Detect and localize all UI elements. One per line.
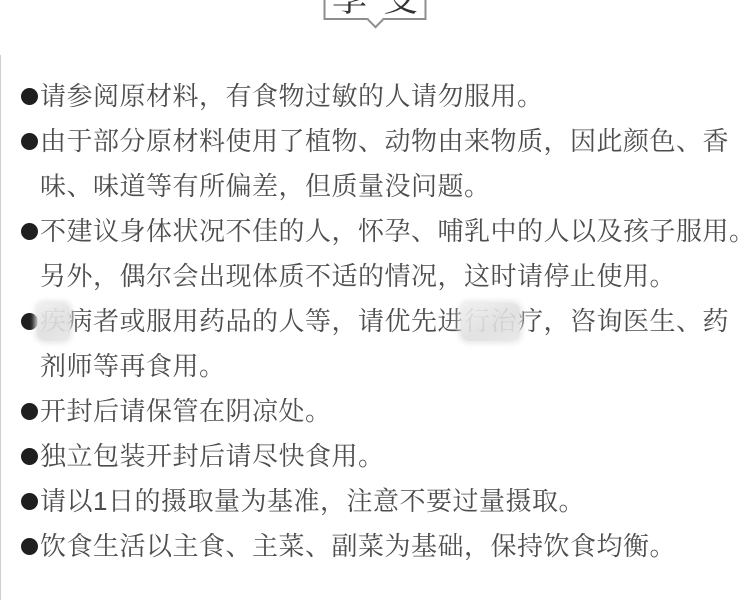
note-text: 味、味道等有所偏差，但质量没问题。 xyxy=(40,171,491,201)
note-text: 独立包装开封后请尽快食用。 xyxy=(40,441,385,471)
bullet-icon xyxy=(21,313,38,330)
note-line: 由于部分原材料使用了植物、动物由来物质，因此颜色、香 xyxy=(0,119,750,164)
bullet-icon xyxy=(21,88,38,105)
note-line: 不建议身体状况不佳的人，怀孕、哺乳中的人以及孩子服用。 xyxy=(0,209,750,254)
bullet-icon xyxy=(21,493,38,510)
bullet-icon xyxy=(21,403,38,420)
bullet-icon xyxy=(21,223,38,240)
bullet-icon xyxy=(21,538,38,555)
note-line: 饮食生活以主食、主菜、副菜为基础，保持饮食均衡。 xyxy=(0,524,750,569)
section-title-char-left: 享 xyxy=(332,0,367,17)
note-text: 另外，偶尔会出现体质不适的情况，这时请停止使用。 xyxy=(40,261,676,291)
note-line: 疾病者或服用药品的人等，请优先进行治疗，咨询医生、药 xyxy=(0,299,750,344)
note-text: 病者或服用药品的人等，请优先进 xyxy=(67,306,465,336)
note-text: 请参阅原材料，有食物过敏的人请勿服用。 xyxy=(40,81,544,111)
note-text: 不建议身体状况不佳的人，怀孕、哺乳中的人以及孩子服用。 xyxy=(40,216,750,246)
note-line: 另外，偶尔会出现体质不适的情况，这时请停止使用。 xyxy=(0,254,750,299)
note-text: 请以1日的摄取量为基准，注意不要过量摄取。 xyxy=(40,486,585,516)
note-text: 饮食生活以主食、主菜、副菜为基础，保持饮食均衡。 xyxy=(40,531,676,561)
note-text: 疗，咨询医生、药 xyxy=(517,306,729,336)
note-line: 请以1日的摄取量为基准，注意不要过量摄取。 xyxy=(0,479,750,524)
section-title-char-right: 受 xyxy=(383,0,418,17)
note-line: 剂师等再食用。 xyxy=(0,344,750,389)
note-text: 开封后请保管在阴凉处。 xyxy=(40,396,332,426)
censored-text: 行治 xyxy=(464,299,517,344)
note-text: 剂师等再食用。 xyxy=(40,351,226,381)
note-line: 独立包装开封后请尽快食用。 xyxy=(0,434,750,479)
bullet-icon xyxy=(21,448,38,465)
notes-list: 请参阅原材料，有食物过敏的人请勿服用。由于部分原材料使用了植物、动物由来物质，因… xyxy=(0,74,750,569)
page: { "page": { "background": "#ffffff", "te… xyxy=(0,0,750,600)
section-title-box: 享 受 xyxy=(324,0,427,20)
note-text: 由于部分原材料使用了植物、动物由来物质，因此颜色、香 xyxy=(40,126,729,156)
note-line: 请参阅原材料，有食物过敏的人请勿服用。 xyxy=(0,74,750,119)
note-line: 开封后请保管在阴凉处。 xyxy=(0,389,750,434)
censored-text: 疾 xyxy=(40,299,67,344)
note-line: 味、味道等有所偏差，但质量没问题。 xyxy=(0,164,750,209)
bullet-icon xyxy=(21,133,38,150)
chevron-down-notch-icon xyxy=(367,12,384,29)
